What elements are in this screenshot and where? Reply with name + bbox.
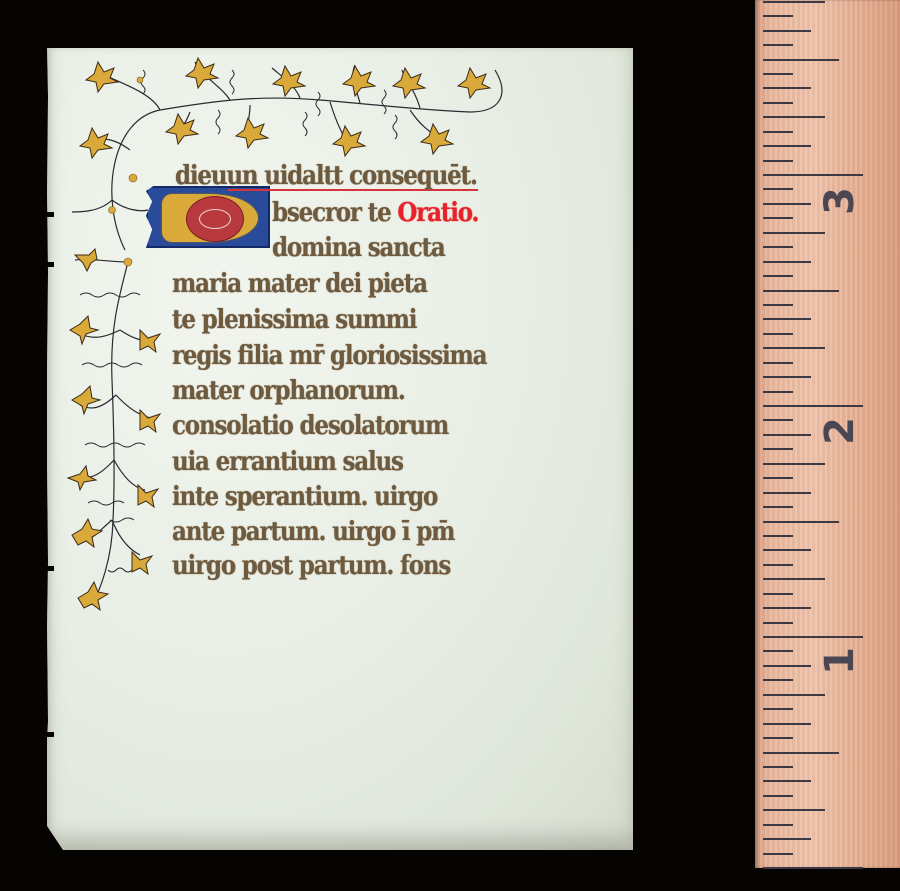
- manuscript-line: maria mater dei pieta: [172, 268, 427, 303]
- line-text: uirgo post partum. fons: [172, 550, 450, 581]
- line-text: maria mater dei pieta: [172, 268, 427, 299]
- ruler-tick: [763, 102, 793, 104]
- ruler-tick: [763, 362, 793, 364]
- ruler-tick: [763, 824, 793, 826]
- ruler-tick: [763, 867, 863, 869]
- photograph: O dieuun uidaltt consequēt. bsecror te …: [0, 0, 900, 891]
- line-text: inte sperantium. uirgo: [172, 481, 437, 512]
- ruler-tick: [763, 15, 793, 17]
- manuscript-line: consolatio desolatorum: [172, 410, 448, 445]
- line-text: domina sancta: [272, 232, 445, 263]
- ruler-tick: [763, 752, 839, 754]
- ruler-tick: [763, 30, 811, 32]
- manuscript-line: te plenissima summi: [172, 304, 416, 339]
- ruler-tick: [763, 174, 863, 176]
- initial-ornament: [199, 209, 231, 229]
- ruler-tick: [763, 44, 793, 46]
- ruler-tick: [763, 145, 811, 147]
- ruler-tick: [763, 376, 811, 378]
- ruler-tick: [763, 622, 793, 624]
- ruler-tick: [763, 232, 825, 234]
- ruler-tick: [763, 809, 825, 811]
- ruler-tick: [763, 405, 863, 407]
- ruler-tick: [763, 131, 793, 133]
- ruler-tick: [763, 723, 811, 725]
- ruler-tick: [763, 318, 811, 320]
- ruler-tick: [763, 665, 811, 667]
- ruler-tick: [763, 59, 839, 61]
- ruler-tick: [763, 261, 811, 263]
- ruler-tick: [763, 564, 793, 566]
- manuscript-line: uia errantium salus: [172, 446, 403, 481]
- ruler-tick: [763, 492, 811, 494]
- line-text: consolatio desolatorum: [172, 410, 448, 441]
- ruler-tick: [763, 708, 793, 710]
- ruler-tick: [763, 549, 811, 551]
- ruler-tick: [763, 333, 793, 335]
- ruler-tick: [763, 188, 793, 190]
- ruler-tick: [763, 838, 811, 840]
- line-text: uia errantium salus: [172, 446, 403, 477]
- manuscript-line: domina sancta: [272, 232, 445, 267]
- illuminated-initial: O: [146, 186, 270, 248]
- line-text: te plenissima summi: [172, 304, 416, 335]
- ruler-tick: [763, 578, 825, 580]
- ruler-tick: [763, 535, 793, 537]
- ruler-tick: [763, 795, 793, 797]
- ruler-tick: [763, 73, 793, 75]
- ruler-tick: [763, 391, 793, 393]
- manuscript-line: regis filia mr̄ gloriosissima: [172, 340, 486, 375]
- manuscript-line: ante partum. uirgo ī pm̄: [172, 516, 454, 551]
- ruler-tick: [763, 650, 793, 652]
- manuscript-line: uirgo post partum. fons: [172, 550, 450, 585]
- ruler-tick: [763, 347, 825, 349]
- ruler-tick: [763, 419, 793, 421]
- ruler-tick: [763, 506, 793, 508]
- ruler-tick: [763, 1, 825, 3]
- manuscript-line: inte sperantium. uirgo: [172, 481, 437, 516]
- ruler-tick: [763, 246, 793, 248]
- ruler-label-1: 1: [817, 636, 863, 686]
- ruler-tick: [763, 160, 793, 162]
- ruler-tick: [763, 593, 793, 595]
- ruler-tick: [763, 737, 793, 739]
- ruler-tick: [763, 203, 811, 205]
- ruler-tick: [763, 275, 793, 277]
- manuscript-line: bsecror te Oratio.: [272, 197, 478, 232]
- ruler-tick: [763, 521, 839, 523]
- ruler-tick: [763, 87, 811, 89]
- ruler-tick: [763, 434, 811, 436]
- ruler-tick: [763, 448, 793, 450]
- ruler-tick: [763, 853, 793, 855]
- manuscript-line: dieuun uidaltt consequēt.: [175, 160, 477, 195]
- line-text: dieuun uidaltt consequēt.: [175, 160, 477, 191]
- ruler-tick: [763, 463, 825, 465]
- ruler-tick: [763, 477, 793, 479]
- ruler-tick: [763, 780, 811, 782]
- ruler-tick: [763, 116, 825, 118]
- line-text: mater orphanorum.: [172, 375, 405, 406]
- ruler-label-2: 2: [817, 406, 863, 456]
- ruler-tick: [763, 217, 793, 219]
- line-text: bsecror te: [272, 197, 391, 228]
- line-text: regis filia mr̄ gloriosissima: [172, 340, 486, 371]
- ruler: 3 2 1: [755, 0, 900, 868]
- ruler-tick: [763, 304, 793, 306]
- initial-red-disc: [186, 196, 244, 242]
- ruler-tick: [763, 607, 811, 609]
- manuscript-line: mater orphanorum.: [172, 375, 405, 410]
- ruler-tick: [763, 694, 825, 696]
- ruler-tick: [763, 290, 839, 292]
- ruler-label-3: 3: [817, 176, 863, 226]
- line-text: ante partum. uirgo ī pm̄: [172, 516, 454, 547]
- background: [755, 868, 900, 891]
- ruler-tick: [763, 766, 793, 768]
- ruler-tick: [763, 636, 863, 638]
- ruler-tick: [763, 679, 793, 681]
- rubric-text: Oratio.: [397, 197, 478, 228]
